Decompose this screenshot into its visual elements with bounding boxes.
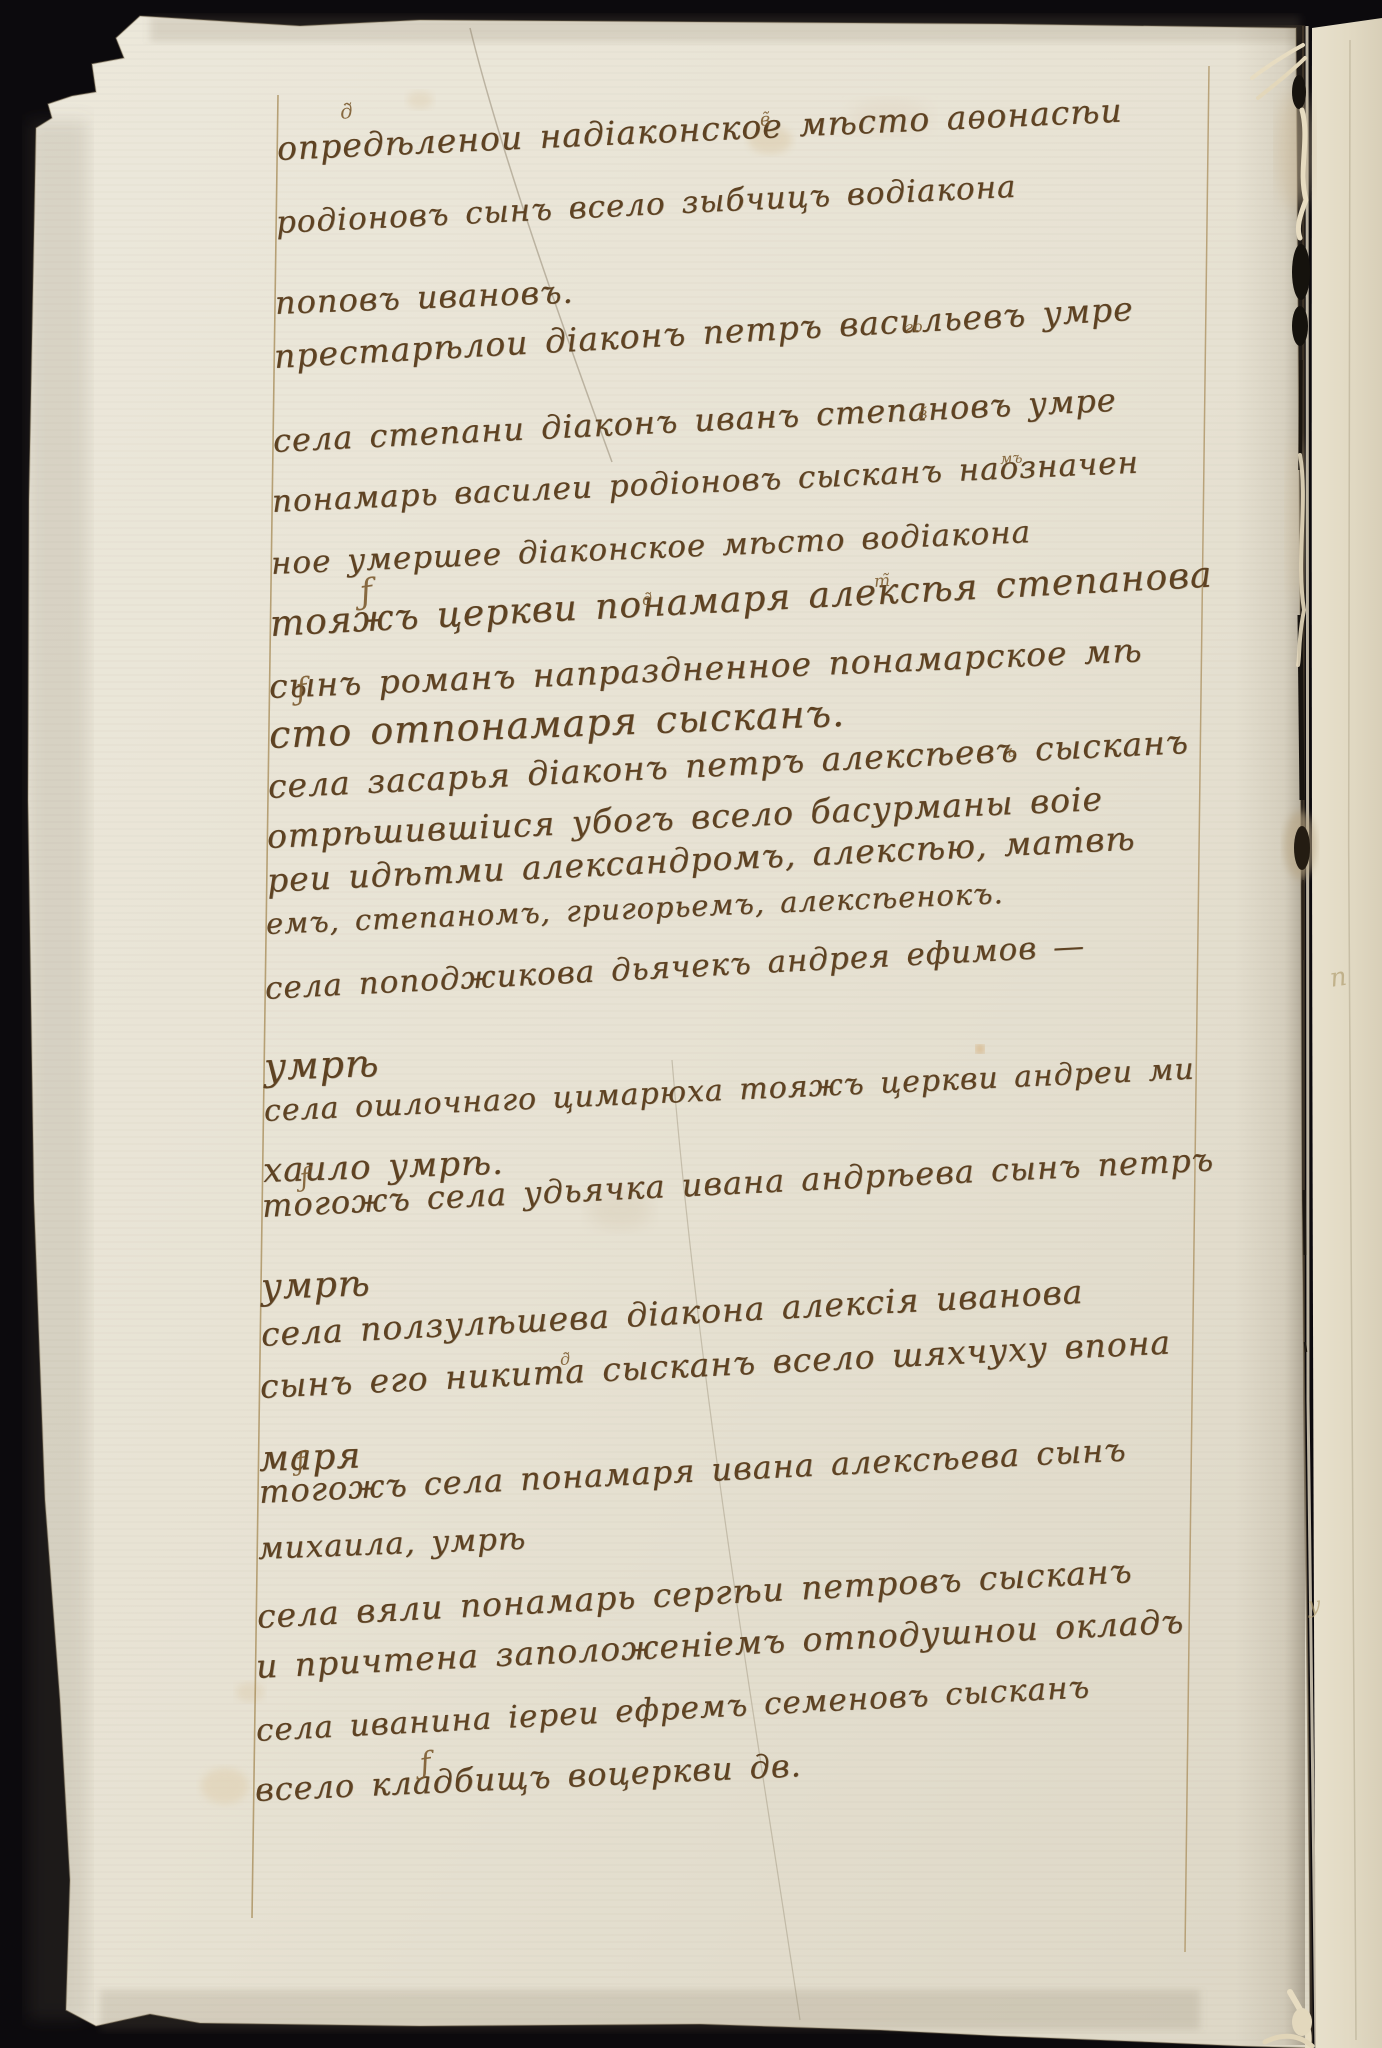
manuscript-line: всело кладбищъ воцеркви дв. <box>254 1749 802 1806</box>
facing-page-text-fragment: п <box>1328 964 1348 992</box>
manuscript-line: села поподжикова дьячекъ андрея ефимов — <box>264 931 1086 1005</box>
facing-page-text-fragment: у <box>1307 1595 1322 1618</box>
manuscript-line: села ошлочнаго цимарюха тояжъ церкви анд… <box>263 1055 1195 1127</box>
superscript-mark: д̃ <box>339 101 354 122</box>
manuscript-line: михаила, умрѣ <box>257 1524 526 1565</box>
superscript-mark: д̃ <box>641 591 652 608</box>
manuscript-line: поповъ ивановъ. <box>274 276 574 319</box>
archival-photo: опредѣленои надіаконское мѣсто аѳонасѣир… <box>0 0 1382 2048</box>
superscript-mark: ъ <box>1004 743 1016 760</box>
manuscript-line: тогожъ села понамаря ивана алексѣева сын… <box>258 1434 1127 1508</box>
manuscript-line: сынъ романъ напраздненное понамарское мѣ <box>268 633 1143 703</box>
superscript-mark: в̃ <box>917 405 927 422</box>
superscript-mark: т̃ <box>873 573 890 591</box>
manuscript-line: родіоновъ сынъ всело зыбчицъ водіакона <box>275 172 1017 239</box>
manuscript-line: умрѣ <box>260 1266 371 1306</box>
manuscript-line: села степани діаконъ иванъ степановъ умр… <box>272 384 1117 457</box>
superscript-mark: д̃ <box>559 1351 570 1368</box>
manuscript-line: села иванина іереи ефремъ семеновъ сыска… <box>255 1672 1091 1747</box>
superscript-mark: мъ <box>999 450 1022 467</box>
superscript-mark: го <box>904 319 923 336</box>
superscript-mark: в̃ <box>759 111 771 130</box>
text-layer: опредѣленои надіаконское мѣсто аѳонасѣир… <box>0 0 1382 2048</box>
manuscript-line: умрѣ <box>263 1044 380 1086</box>
manuscript-line: опредѣленои надіаконское мѣсто аѳонасѣи <box>276 94 1123 165</box>
